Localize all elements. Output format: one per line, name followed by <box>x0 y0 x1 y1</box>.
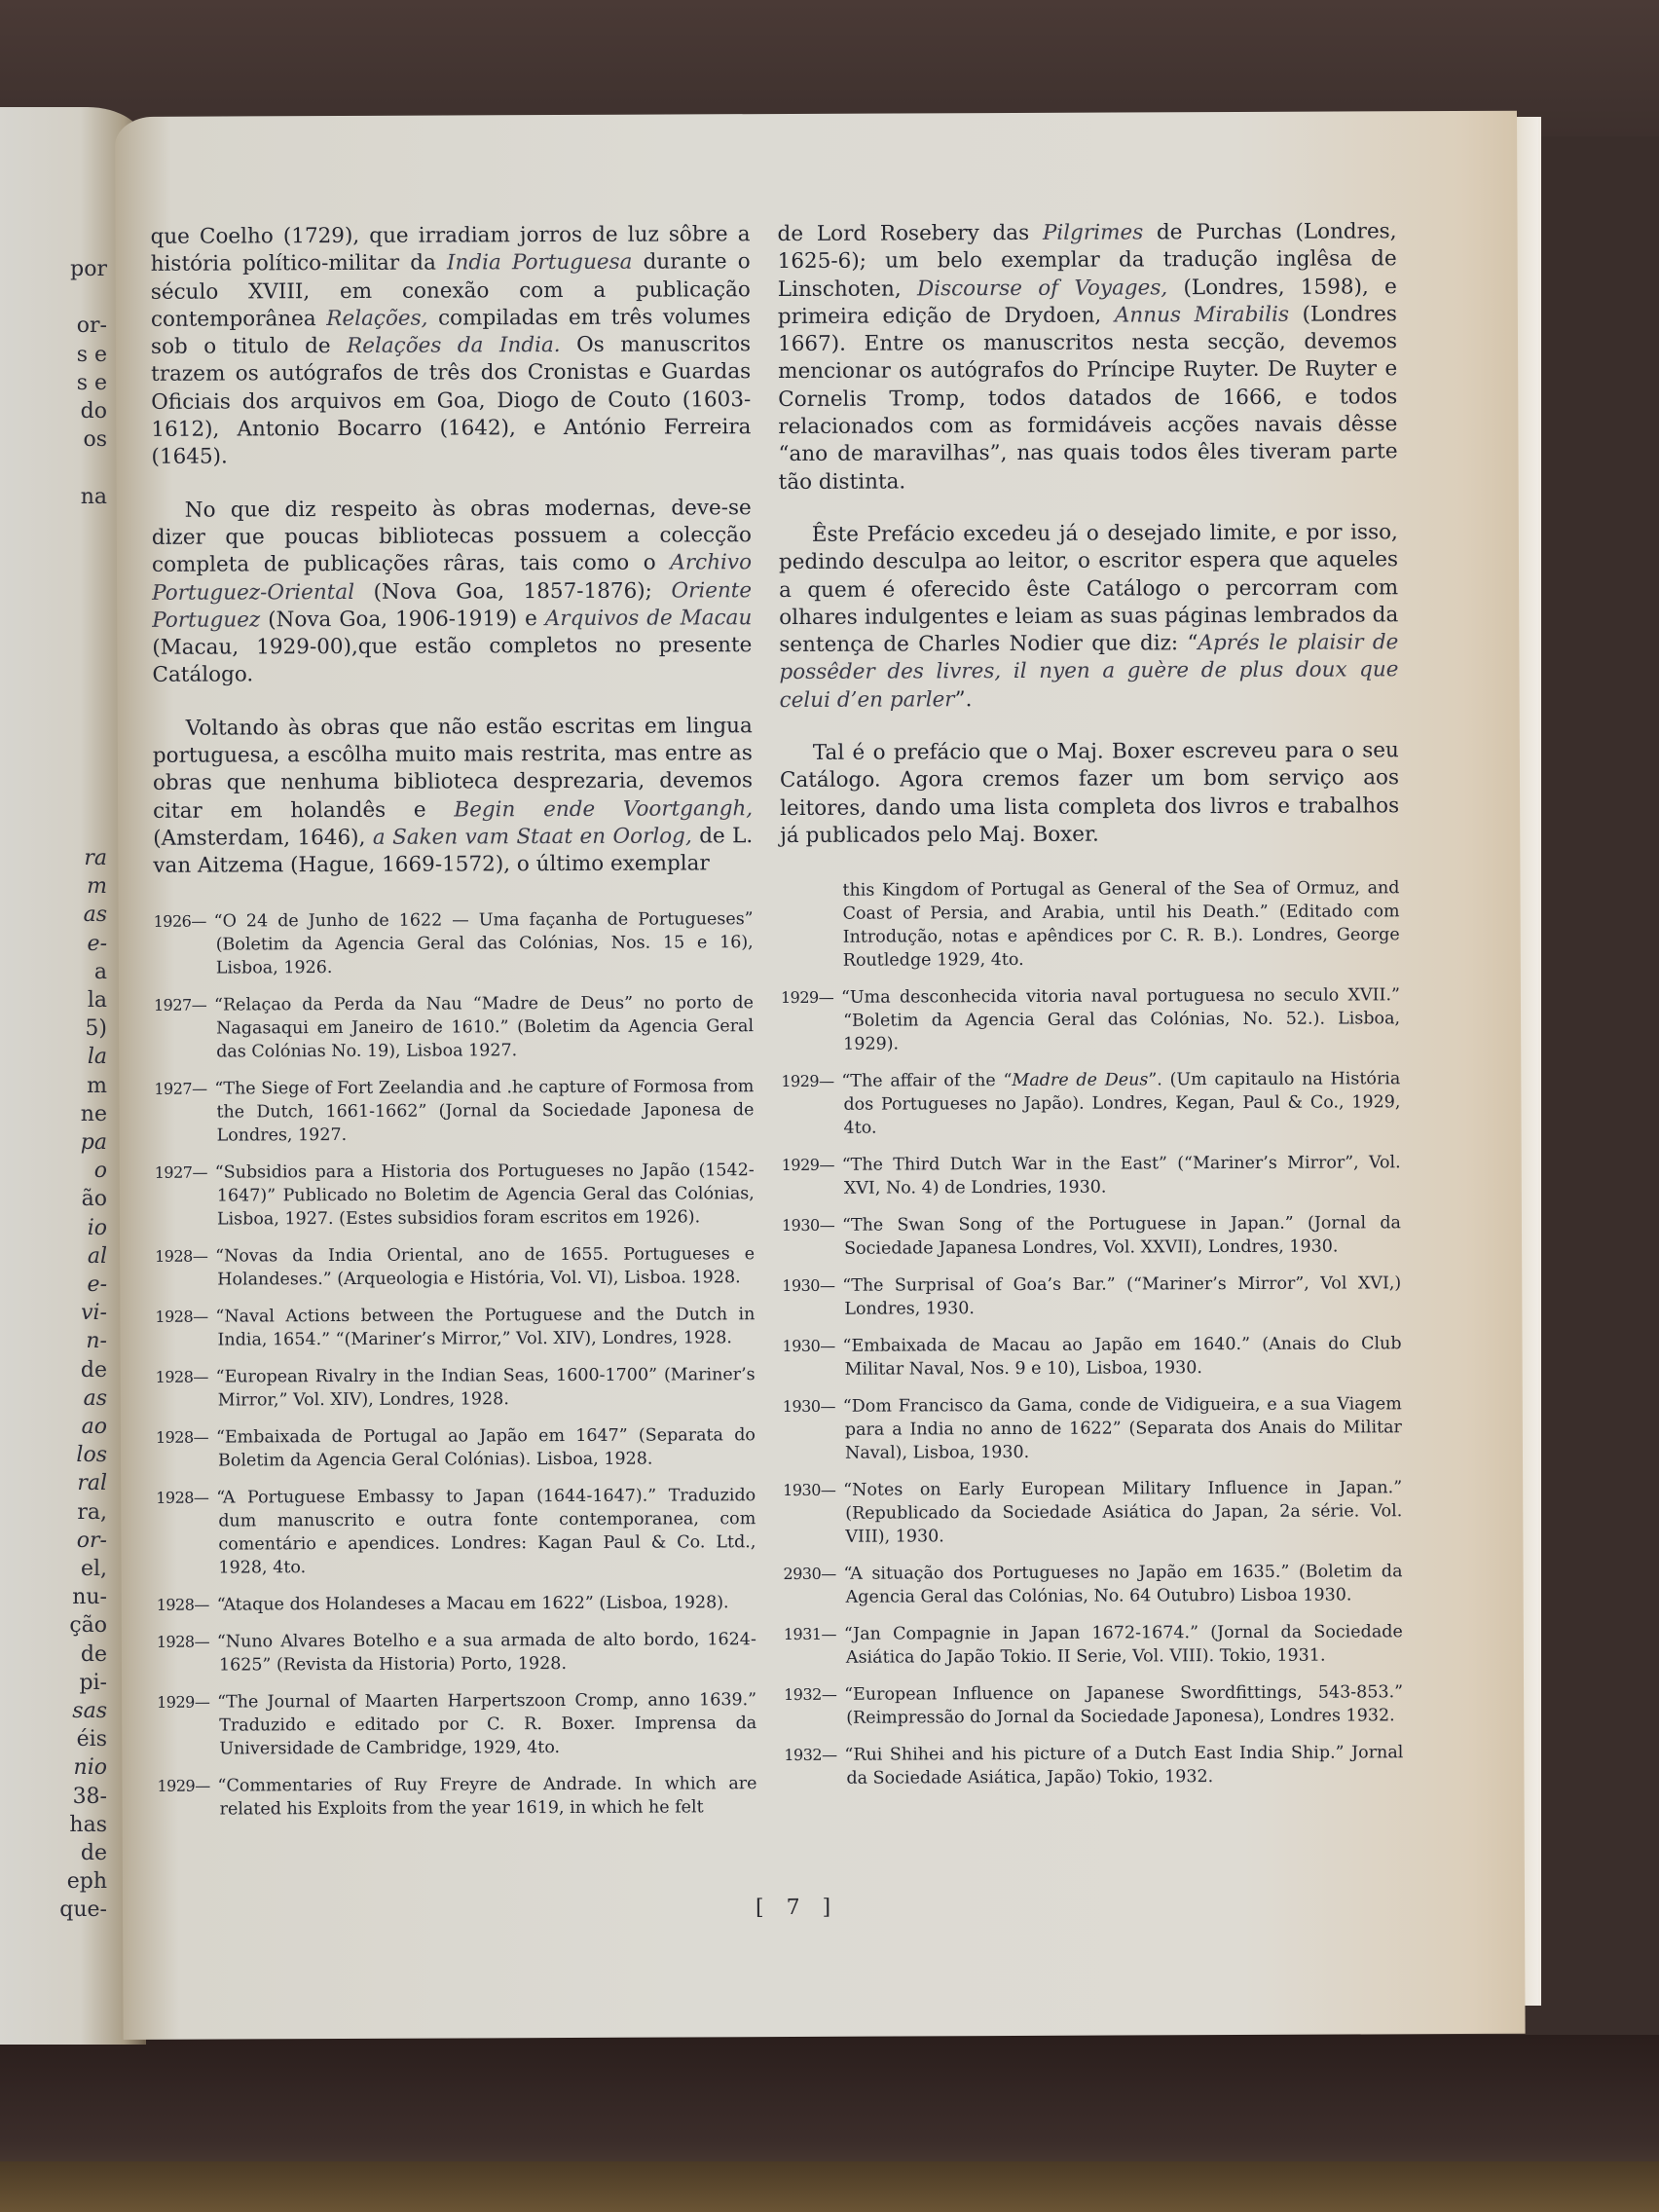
entry-text: “Dom Francisco da Gama, conde de Vidigue… <box>843 1394 1402 1462</box>
entry-year: 1930— <box>782 1214 842 1237</box>
left-page-text-fragment: e- <box>0 930 107 958</box>
entry-year: 1928— <box>156 1425 216 1449</box>
paragraph-rosebery: de Lord Rosebery das Pilgrimes de Purcha… <box>777 218 1397 497</box>
paragraph-voltando: Voltando às obras que não estão escritas… <box>153 713 754 880</box>
title-discourse-of-voyages: Discourse of Voyages, <box>917 276 1167 301</box>
paragraph-obras-modernas: No que diz respeito às obras modernas, d… <box>152 495 753 690</box>
bibliography-entry: 1928—“Nuno Alvares Botelho e a sua armad… <box>157 1628 756 1677</box>
book-page: que Coelho (1729), que irradiam jorros d… <box>115 111 1526 2040</box>
entry-text: “European Influence on Japanese Swordfit… <box>844 1682 1403 1727</box>
entry-text: “Uma desconhecida vitoria naval portugue… <box>841 985 1400 1053</box>
bibliography-entry: 1930—“The Surprisal of Goa’s Bar.” (“Mar… <box>782 1272 1401 1321</box>
entry-year: 1927— <box>154 1077 214 1100</box>
entry-text: “Notes on Early European Military Influe… <box>843 1478 1402 1546</box>
bibliography-entry: 1928—“European Rivalry in the Indian Sea… <box>156 1363 756 1413</box>
left-page-text-fragment: na <box>0 483 107 511</box>
entry-year: 1932— <box>784 1683 844 1707</box>
entry-year: 1927— <box>155 1161 215 1184</box>
paragraph-coelho: que Coelho (1729), que irradiam jorros d… <box>150 221 751 471</box>
entry-year: 1928— <box>155 1244 215 1268</box>
left-page-text-fragment: ao <box>0 1413 107 1441</box>
left-page-text-fragment: m <box>0 872 107 901</box>
left-page-text-fragment: 38- <box>0 1783 107 1811</box>
bibliography-continuation: this Kingdom of Portugal as General of t… <box>780 876 1399 973</box>
bibliography-entry: 1928—“A Portuguese Embassy to Japan (164… <box>156 1484 756 1580</box>
left-page-text-fragment: or- <box>0 1527 107 1555</box>
bibliography-entry: 1928—“Naval Actions between the Portugue… <box>155 1303 755 1352</box>
bibliography-entry: 2930—“A situação dos Portugueses no Japã… <box>783 1560 1402 1609</box>
bibliography-list-right: 1929—“Uma desconhecida vitoria naval por… <box>781 983 1404 1790</box>
entry-text: “The Surprisal of Goa’s Bar.” (“Mariner’… <box>842 1273 1401 1318</box>
bibliography-entry: 1927—“Subsidios para a Historia dos Port… <box>155 1159 755 1232</box>
entry-text: “Naval Actions between the Portuguese an… <box>215 1305 755 1349</box>
left-page-text-fragment: o <box>0 1157 107 1185</box>
bibliography-entry: 1932—“Rui Shihei and his picture of a Du… <box>784 1741 1403 1790</box>
entry-year: 1929— <box>781 1070 841 1093</box>
title-relacoes: Relações, <box>326 306 427 330</box>
title-annus-mirabilis: Annus Mirabilis <box>1115 303 1289 328</box>
entry-year: 1929— <box>781 986 841 1010</box>
entry-year: 1931— <box>784 1623 844 1646</box>
entry-text: “Embaixada de Portugal ao Japão em 1647”… <box>216 1425 756 1470</box>
bibliography-entry: 1929—“The affair of the “Madre de Deus”.… <box>781 1067 1400 1140</box>
entry-text: “O 24 de Junho de 1622 — Uma façanha de … <box>214 909 754 977</box>
title-saken-vam-staat: a Saken vam Staat en Oorlog, <box>373 824 692 849</box>
left-page-text-fragment: a <box>0 958 107 986</box>
bibliography-entry: 1926—“O 24 de Junho de 1622 — Uma façanh… <box>154 907 754 980</box>
entry-text: “Nuno Alvares Botelho e a sua armada de … <box>217 1630 756 1675</box>
left-page-text-fragment: n- <box>0 1327 107 1355</box>
bibliography-entry: 1929—“The Third Dutch War in the East” (… <box>782 1151 1401 1200</box>
entry-year: 1929— <box>782 1154 842 1177</box>
bibliography-entry: 1932—“European Influence on Japanese Swo… <box>784 1680 1403 1730</box>
left-page-text-fragment: e- <box>0 1271 107 1299</box>
entry-year: 1929— <box>157 1774 217 1797</box>
entry-text: “A Portuguese Embassy to Japan (1644-164… <box>216 1486 756 1577</box>
bibliography-entry: 1930—“Notes on Early European Military I… <box>783 1476 1402 1549</box>
entry-text: “The affair of the “ <box>841 1071 1012 1091</box>
bibliography-entry: 1930—“The Swan Song of the Portuguese in… <box>782 1211 1401 1261</box>
desk-edge <box>0 2161 1659 2212</box>
left-page-text-fragment: or- <box>0 312 107 340</box>
bibliography-entry: 1929—“Uma desconhecida vitoria naval por… <box>781 983 1400 1056</box>
left-page-text-fragment: has <box>0 1811 107 1839</box>
left-page-text-fragment: pa <box>0 1128 107 1157</box>
left-page-text-fragment: vi- <box>0 1299 107 1327</box>
entry-year: 1930— <box>782 1335 842 1358</box>
left-page-text-fragment: ão <box>0 1185 107 1213</box>
entry-text: “Relaçao da Perda da Nau “Madre de Deus”… <box>214 993 754 1061</box>
left-page-text-fragment: ne <box>0 1100 107 1128</box>
entry-year: 1929— <box>157 1690 217 1714</box>
entry-text: “The Journal of Maarten Harpertszoon Cro… <box>217 1690 756 1758</box>
left-page-text-fragment: pi- <box>0 1669 107 1697</box>
bibliography-entry: 1928—“Novas da India Oriental, ano de 16… <box>155 1242 755 1292</box>
paragraph-prefacio: Êste Prefácio excedeu já o desejado limi… <box>779 519 1399 715</box>
bibliography-entry: 1931—“Jan Compagnie in Japan 1672-1674.”… <box>784 1620 1403 1670</box>
left-page-text-fragment: los <box>0 1441 107 1469</box>
bibliography-entry: 1928—“Ataque dos Holandeses a Macau em 1… <box>157 1591 756 1617</box>
entry-year: 1926— <box>154 909 214 933</box>
entry-year: 1930— <box>783 1479 843 1502</box>
left-page-text-fragment: el, <box>0 1555 107 1583</box>
bibliography-entry: 1930—“Dom Francisco da Gama, conde de Vi… <box>783 1392 1402 1465</box>
bibliography-entry: 1929—“The Journal of Maarten Harpertszoo… <box>157 1688 756 1761</box>
left-page-text-fragment: al <box>0 1242 107 1271</box>
bibliography-entry: 1928—“Embaixada de Portugal ao Japão em … <box>156 1423 756 1473</box>
left-page-text-fragment: ção <box>0 1611 107 1640</box>
left-page-text-fragment: s e <box>0 369 107 397</box>
left-page-text-fragment: sas <box>0 1697 107 1725</box>
left-page-text-fragment: do <box>0 397 107 425</box>
page-number: [ 7 ] <box>756 1896 838 1920</box>
entry-year: 1928— <box>155 1305 215 1328</box>
left-column: que Coelho (1729), que irradiam jorros d… <box>150 221 756 1834</box>
entry-text: “Ataque dos Holandeses a Macau em 1622” … <box>217 1593 729 1614</box>
left-page-text-fragment: ral <box>0 1469 107 1497</box>
entry-text: “The Swan Song of the Portuguese in Japa… <box>842 1213 1401 1258</box>
left-page-text-fragment: io <box>0 1214 107 1242</box>
entry-year: 1928— <box>157 1593 217 1616</box>
entry-year: 1928— <box>157 1630 217 1653</box>
entry-text: “Subsidios para a Historia dos Portugues… <box>215 1161 755 1229</box>
entry-text: “Jan Compagnie in Japan 1672-1674.” (Jor… <box>844 1622 1403 1667</box>
entry-year: 1930— <box>782 1274 842 1298</box>
left-page-text-fragment: nio <box>0 1753 107 1782</box>
entry-italic-title: Madre de Deus <box>1012 1071 1148 1091</box>
entry-year: 1927— <box>154 993 214 1016</box>
entry-text: “European Rivalry in the Indian Seas, 16… <box>216 1365 756 1410</box>
left-page-text-fragment: s e <box>0 341 107 369</box>
left-page-text-fragment: as <box>0 901 107 929</box>
entry-text: “The Siege of Fort Zeelandia and .he cap… <box>214 1077 754 1145</box>
entry-year: 1930— <box>783 1395 843 1419</box>
entry-text: “Rui Shihei and his picture of a Dutch E… <box>844 1743 1403 1788</box>
left-page-text-fragment: de <box>0 1641 107 1669</box>
left-page-text-fragment: de <box>0 1839 107 1867</box>
left-page-text-fragment: nu- <box>0 1583 107 1611</box>
left-page-text-fragment: por <box>0 255 107 283</box>
entry-year: 1928— <box>156 1486 216 1509</box>
bibliography-entry: 1929—“Commentaries of Ruy Freyre de Andr… <box>157 1772 756 1822</box>
bibliography-entry: 1930—“Embaixada de Macau ao Japão em 164… <box>782 1332 1401 1382</box>
left-page-text-fragment: que- <box>0 1896 107 1924</box>
title-india-portuguesa: India Portuguesa <box>447 250 633 276</box>
entry-text: “Novas da India Oriental, ano de 1655. P… <box>215 1244 755 1289</box>
bibliography-entry: 1927—“The Siege of Fort Zeelandia and .h… <box>154 1075 754 1148</box>
left-page-text-fragment: éis <box>0 1725 107 1753</box>
title-pilgrimes: Pilgrimes <box>1043 220 1143 244</box>
entry-year: 1928— <box>156 1365 216 1388</box>
title-begin-ende-voortgangh: Begin ende Voortgangh, <box>454 796 753 822</box>
left-page-text-fragment: 5) <box>0 1014 107 1043</box>
left-page-text-fragment: de <box>0 1356 107 1384</box>
title-relacoes-da-india: Relações da India. <box>347 333 561 358</box>
left-page-text-fragment: ra, <box>0 1498 107 1527</box>
bibliography-list-left: 1926—“O 24 de Junho de 1622 — Uma façanh… <box>154 907 757 1822</box>
entry-text: “The Third Dutch War in the East” (“Mari… <box>842 1153 1401 1198</box>
left-page-text-fragment: as <box>0 1384 107 1413</box>
right-column: de Lord Rosebery das Pilgrimes de Purcha… <box>777 218 1403 1804</box>
left-page-text-fragment: la <box>0 986 107 1014</box>
entry-year: 1932— <box>784 1744 844 1767</box>
left-page-text-fragment: eph <box>0 1867 107 1896</box>
paragraph-tal-e-o-prefacio: Tal é o prefácio que o Maj. Boxer escrev… <box>780 737 1399 850</box>
left-page-text-fragment: m <box>0 1072 107 1100</box>
entry-year: 2930— <box>783 1563 843 1586</box>
bibliography-entry: 1927—“Relaçao da Perda da Nau “Madre de … <box>154 991 754 1064</box>
left-page-text-fragment: os <box>0 425 107 454</box>
left-page-text-fragment: la <box>0 1043 107 1071</box>
entry-text: “Commentaries of Ruy Freyre de Andrade. … <box>217 1774 756 1819</box>
title-arquivos-de-macau: Arquivos de Macau <box>545 606 753 631</box>
left-page-text-fragment: ra <box>0 844 107 872</box>
entry-text: “A situação dos Portugueses no Japão em … <box>843 1562 1402 1606</box>
entry-text: “Embaixada de Macau ao Japão em 1640.” (… <box>842 1334 1401 1379</box>
